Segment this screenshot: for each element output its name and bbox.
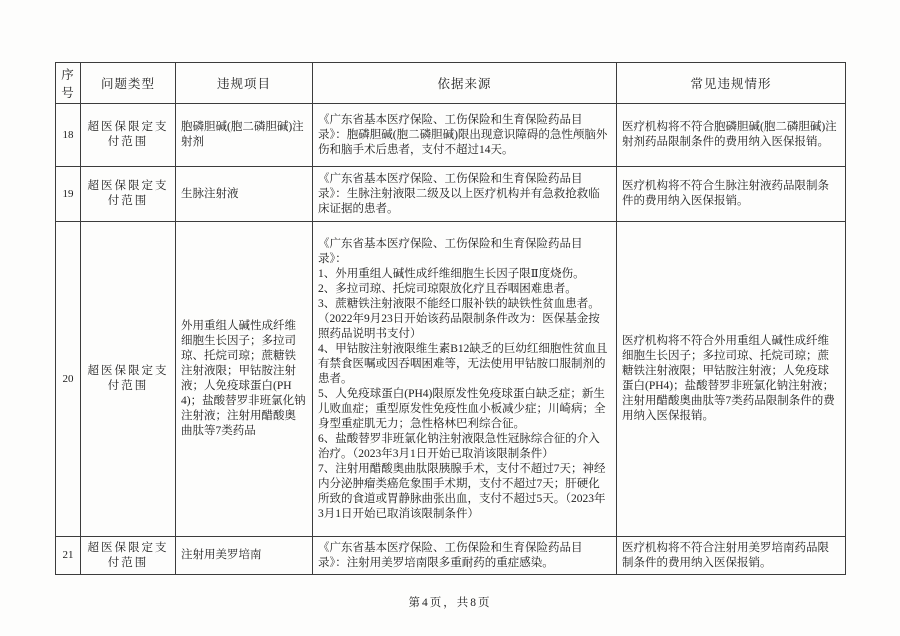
cell-problem-type: 超医保限定支付范围 bbox=[81, 537, 176, 575]
cell-problem-type: 超医保限定支付范围 bbox=[81, 167, 176, 222]
cell-problem-type: 超医保限定支付范围 bbox=[81, 222, 176, 537]
table-row: 21 超医保限定支付范围 注射用美罗培南 《广东省基本医疗保险、工伤保险和生育保… bbox=[56, 537, 846, 575]
cell-common-violation: 医疗机构将不符合外用重组人碱性成纤维细胞生长因子；多拉司琼、托烷司琼；蔗糖铁注射… bbox=[617, 222, 846, 537]
cell-violation-item: 外用重组人碱性成纤维细胞生长因子；多拉司琼、托烷司琼；蔗糖铁注射液限；甲钴胺注射… bbox=[176, 222, 313, 537]
cell-seq-no: 18 bbox=[56, 104, 81, 167]
cell-violation-item: 胞磷胆碱(胞二磷胆碱)注射剂 bbox=[176, 104, 313, 167]
cell-violation-item: 生脉注射液 bbox=[176, 167, 313, 222]
table-row: 19 超医保限定支付范围 生脉注射液 《广东省基本医疗保险、工伤保险和生育保险药… bbox=[56, 167, 846, 222]
cell-problem-type: 超医保限定支付范围 bbox=[81, 104, 176, 167]
page-footer: 第4页，共8页 bbox=[0, 594, 900, 610]
header-seq-no: 序号 bbox=[56, 63, 81, 104]
cell-seq-no: 21 bbox=[56, 537, 81, 575]
header-problem-type: 问题类型 bbox=[81, 63, 176, 104]
cell-basis-source: 《广东省基本医疗保险、工伤保险和生育保险药品目录》： 1、外用重组人碱性成纤维细… bbox=[313, 222, 617, 537]
header-violation-item: 违规项目 bbox=[176, 63, 313, 104]
violations-table: 序号 问题类型 违规项目 依据来源 常见违规情形 18 超医保限定支付范围 胞磷… bbox=[55, 62, 846, 575]
document-page: 序号 问题类型 违规项目 依据来源 常见违规情形 18 超医保限定支付范围 胞磷… bbox=[0, 0, 900, 636]
cell-violation-item: 注射用美罗培南 bbox=[176, 537, 313, 575]
table-row: 18 超医保限定支付范围 胞磷胆碱(胞二磷胆碱)注射剂 《广东省基本医疗保险、工… bbox=[56, 104, 846, 167]
cell-common-violation: 医疗机构将不符合胞磷胆碱(胞二磷胆碱)注射剂药品限制条件的费用纳入医保报销。 bbox=[617, 104, 846, 167]
header-basis-source: 依据来源 bbox=[313, 63, 617, 104]
cell-basis-source: 《广东省基本医疗保险、工伤保险和生育保险药品目录》：生脉注射液限二级及以上医疗机… bbox=[313, 167, 617, 222]
cell-seq-no: 20 bbox=[56, 222, 81, 537]
table-header-row: 序号 问题类型 违规项目 依据来源 常见违规情形 bbox=[56, 63, 846, 104]
table-row: 20 超医保限定支付范围 外用重组人碱性成纤维细胞生长因子；多拉司琼、托烷司琼；… bbox=[56, 222, 846, 537]
cell-basis-source: 《广东省基本医疗保险、工伤保险和生育保险药品目录》：胞磷胆碱(胞二磷胆碱)限出现… bbox=[313, 104, 617, 167]
header-common-violation: 常见违规情形 bbox=[617, 63, 846, 104]
cell-common-violation: 医疗机构将不符合生脉注射液药品限制条件的费用纳入医保报销。 bbox=[617, 167, 846, 222]
cell-seq-no: 19 bbox=[56, 167, 81, 222]
cell-common-violation: 医疗机构将不符合注射用美罗培南药品限制条件的费用纳入医保报销。 bbox=[617, 537, 846, 575]
cell-basis-source: 《广东省基本医疗保险、工伤保险和生育保险药品目录》：注射用美罗培南限多重耐药的重… bbox=[313, 537, 617, 575]
